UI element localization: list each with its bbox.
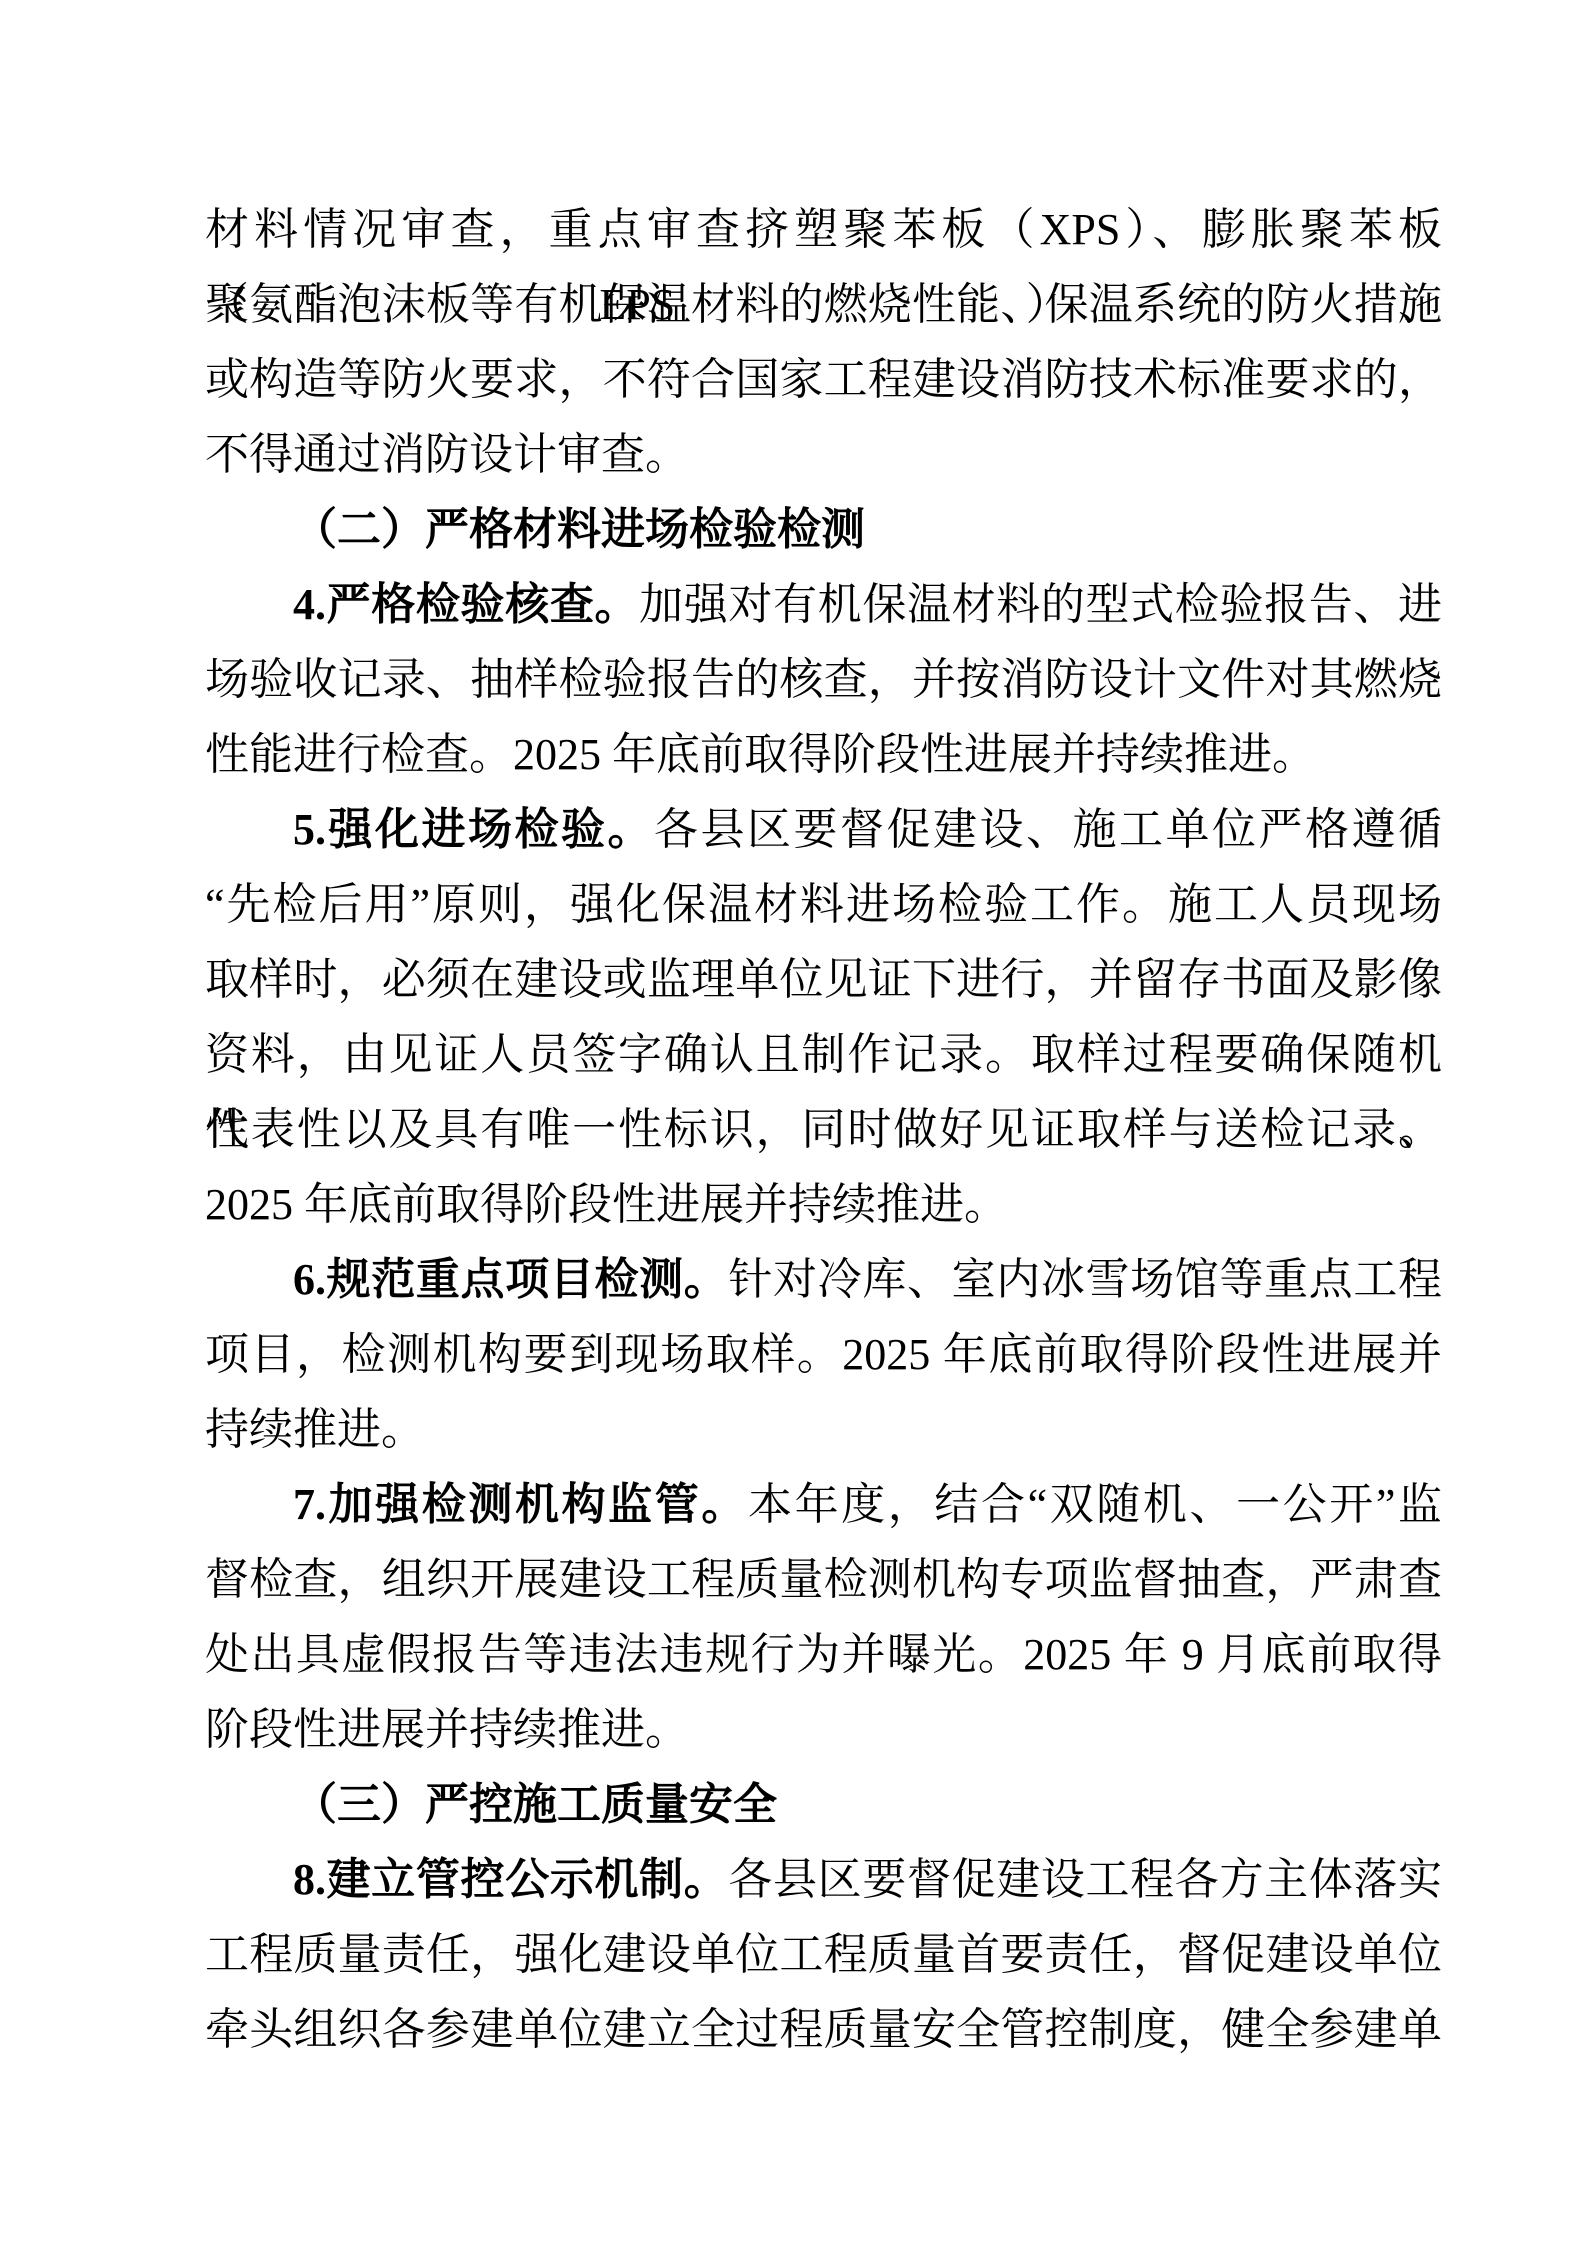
bold-text-run: 8.建立管控公示机制。 bbox=[293, 1855, 728, 1904]
document-line: 持续推进。 bbox=[205, 1392, 1442, 1467]
bold-text-run: 5.强化进场检验。 bbox=[293, 805, 654, 854]
document-line: 5.强化进场检验。各县区要督促建设、施工单位严格遵循 bbox=[205, 792, 1442, 867]
text-run: “先检后用”原则，强化保温材料进场检验工作。施工人员现场 bbox=[205, 880, 1442, 929]
text-run: 持续推进。 bbox=[205, 1405, 425, 1454]
bold-text-run: 7.加强检测机构监管。 bbox=[293, 1480, 748, 1529]
text-run: 加强对有机保温材料的型式检验报告、进 bbox=[639, 580, 1442, 629]
document-line: 工程质量责任，强化建设单位工程质量首要责任，督促建设单位 bbox=[205, 1917, 1442, 1992]
text-run: 代表性以及具有唯一性标识，同时做好见证取样与送检记录。 bbox=[205, 1105, 1442, 1154]
text-run: 本年度，结合“双随机、一公开”监 bbox=[748, 1480, 1442, 1529]
document-line: 督检查，组织开展建设工程质量检测机构专项监督抽查，严肃查 bbox=[205, 1542, 1442, 1617]
text-run: 牵头组织各参建单位建立全过程质量安全管控制度，健全参建单 bbox=[205, 2005, 1442, 2054]
bold-text-run: （三）严控施工质量安全 bbox=[293, 1780, 777, 1829]
text-run: 取样时，必须在建设或监理单位见证下进行，并留存书面及影像 bbox=[205, 955, 1442, 1004]
document-line: 场验收记录、抽样检验报告的核查，并按消防设计文件对其燃烧 bbox=[205, 642, 1442, 717]
bold-text-run: （二）严格材料进场检验检测 bbox=[293, 505, 865, 554]
document-line: 阶段性进展并持续推进。 bbox=[205, 1692, 1442, 1767]
text-run: 阶段性进展并持续推进。 bbox=[205, 1705, 689, 1754]
document-line: “先检后用”原则，强化保温材料进场检验工作。施工人员现场 bbox=[205, 867, 1442, 942]
document-line: 材料情况审查，重点审查挤塑聚苯板（XPS）、膨胀聚苯板（EPS）、 bbox=[205, 192, 1442, 267]
document-line: 不得通过消防设计审查。 bbox=[205, 417, 1442, 492]
text-run: 聚氨酯泡沫板等有机保温材料的燃烧性能、保温系统的防火措施 bbox=[205, 280, 1442, 329]
text-run: 2025 年底前取得阶段性进展并持续推进。 bbox=[205, 1180, 1008, 1229]
document-line: 牵头组织各参建单位建立全过程质量安全管控制度，健全参建单 bbox=[205, 1992, 1442, 2067]
text-run: 性能进行检查。2025 年底前取得阶段性进展并持续推进。 bbox=[205, 730, 1316, 779]
text-run: 针对冷库、室内冰雪场馆等重点工程 bbox=[728, 1255, 1442, 1304]
text-run: 场验收记录、抽样检验报告的核查，并按消防设计文件对其燃烧 bbox=[205, 655, 1442, 704]
document-line: 资料，由见证人员签字确认且制作记录。取样过程要确保随机性、 bbox=[205, 1017, 1442, 1092]
document-line: 8.建立管控公示机制。各县区要督促建设工程各方主体落实 bbox=[205, 1842, 1442, 1917]
text-run: 工程质量责任，强化建设单位工程质量首要责任，督促建设单位 bbox=[205, 1930, 1442, 1979]
bold-text-run: 6.规范重点项目检测。 bbox=[293, 1255, 728, 1304]
document-line: 项目，检测机构要到现场取样。2025 年底前取得阶段性进展并 bbox=[205, 1317, 1442, 1392]
text-run: 不得通过消防设计审查。 bbox=[205, 430, 689, 479]
document-line: 4.严格检验核查。加强对有机保温材料的型式检验报告、进 bbox=[205, 567, 1442, 642]
text-run: 处出具虚假报告等违法违规行为并曝光。2025 年 9 月底前取得 bbox=[205, 1630, 1442, 1679]
text-run: 各县区要督促建设、施工单位严格遵循 bbox=[654, 805, 1442, 854]
document-line: 6.规范重点项目检测。针对冷库、室内冰雪场馆等重点工程 bbox=[205, 1242, 1442, 1317]
text-run: 或构造等防火要求，不符合国家工程建设消防技术标准要求的， bbox=[205, 355, 1442, 404]
document-line: 7.加强检测机构监管。本年度，结合“双随机、一公开”监 bbox=[205, 1467, 1442, 1542]
document-line: （三）严控施工质量安全 bbox=[205, 1767, 1442, 1842]
text-run: 督检查，组织开展建设工程质量检测机构专项监督抽查，严肃查 bbox=[205, 1555, 1442, 1604]
document-page: 材料情况审查，重点审查挤塑聚苯板（XPS）、膨胀聚苯板（EPS）、聚氨酯泡沫板等… bbox=[0, 0, 1587, 2245]
document-line: （二）严格材料进场检验检测 bbox=[205, 492, 1442, 567]
document-line: 代表性以及具有唯一性标识，同时做好见证取样与送检记录。 bbox=[205, 1092, 1442, 1167]
document-line: 性能进行检查。2025 年底前取得阶段性进展并持续推进。 bbox=[205, 717, 1442, 792]
document-body: 材料情况审查，重点审查挤塑聚苯板（XPS）、膨胀聚苯板（EPS）、聚氨酯泡沫板等… bbox=[205, 192, 1442, 2067]
document-line: 2025 年底前取得阶段性进展并持续推进。 bbox=[205, 1167, 1442, 1242]
document-line: 或构造等防火要求，不符合国家工程建设消防技术标准要求的， bbox=[205, 342, 1442, 417]
document-line: 处出具虚假报告等违法违规行为并曝光。2025 年 9 月底前取得 bbox=[205, 1617, 1442, 1692]
bold-text-run: 4.严格检验核查。 bbox=[293, 580, 639, 629]
document-line: 聚氨酯泡沫板等有机保温材料的燃烧性能、保温系统的防火措施 bbox=[205, 267, 1442, 342]
document-line: 取样时，必须在建设或监理单位见证下进行，并留存书面及影像 bbox=[205, 942, 1442, 1017]
text-run: 项目，检测机构要到现场取样。2025 年底前取得阶段性进展并 bbox=[205, 1330, 1442, 1379]
text-run: 各县区要督促建设工程各方主体落实 bbox=[728, 1855, 1442, 1904]
